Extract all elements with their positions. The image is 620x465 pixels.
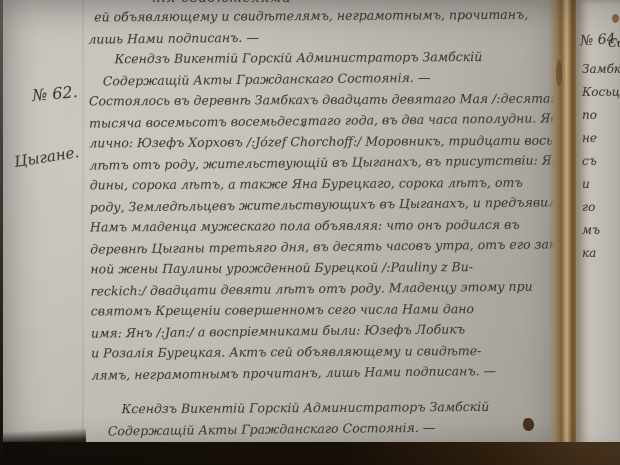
- right-page-fragment: мъ: [582, 219, 620, 242]
- right-page-fragment: и: [582, 173, 620, 196]
- right-page-fragment: Косьцель д: [582, 81, 620, 104]
- left-page: нія свидѣтелями № 62. Цыгане. ей объявля…: [2, 0, 554, 446]
- margin-crease-line: [82, 0, 84, 446]
- right-page-fragment: ка: [582, 242, 620, 265]
- top-cut-line: нія свидѣтелями: [152, 0, 291, 3]
- book-gutter-fold: [548, 0, 578, 465]
- right-page-fragment: Со: [608, 32, 620, 55]
- paper-stain: [556, 60, 562, 86]
- record-place-label: Цыгане.: [13, 143, 80, 171]
- ink-speck: [302, 124, 305, 127]
- right-page-fragment: по: [582, 104, 620, 127]
- manuscript-line: лямъ, неграмотнымъ прочитанъ, лишь Нами …: [91, 359, 553, 385]
- record-number-62: № 62.: [31, 82, 78, 105]
- right-page-fragment: Замбкѣ П: [582, 58, 620, 81]
- right-page-edge: № 64. СоЗамбкѣ ПКосьцель дпонесъигомъка: [576, 0, 620, 448]
- manuscript-photo: нія свидѣтелями № 62. Цыгане. ей объявля…: [0, 0, 620, 465]
- photo-dark-border: [0, 442, 620, 465]
- right-page-fragment: съ: [582, 150, 620, 173]
- right-page-fragment: го: [582, 196, 620, 219]
- manuscript-line: Содержащій Акты Гражданскаго Состоянія. …: [108, 415, 554, 441]
- photo-left-edge: [0, 0, 3, 465]
- paper-stain: [523, 418, 534, 431]
- paper-stain: [612, 14, 619, 23]
- right-page-fragment: не: [582, 127, 620, 150]
- right-page-fragments: СоЗамбкѣ ПКосьцель дпонесъигомъка: [582, 58, 620, 265]
- manuscript-lines: ей объявляющему и свидѣтелямъ, неграмотн…: [88, 3, 554, 441]
